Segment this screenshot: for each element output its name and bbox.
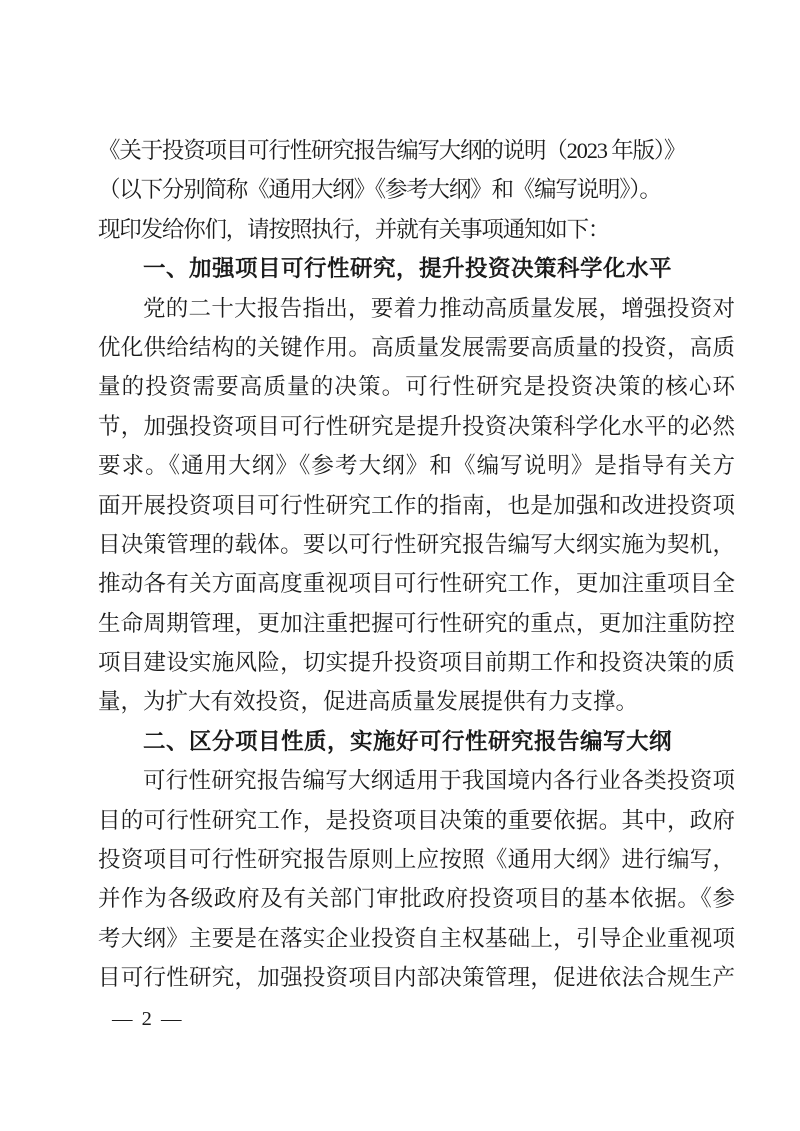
doc-line: 党的二十大报告指出，要着力推动高质量发展，增强投资对 [98, 289, 735, 328]
doc-line: 目的可行性研究工作，是投资项目决策的重要依据。其中，政府 [98, 801, 735, 840]
doc-line: 节，加强投资项目可行性研究是提升投资决策科学化水平的必然 [98, 407, 735, 446]
section-heading-1: 一、加强项目可行性研究，提升投资决策科学化水平 [98, 249, 735, 288]
doc-line: （以下分别简称《通用大纲》《参考大纲》和《编写说明》）。 [98, 170, 735, 209]
doc-line: 可行性研究报告编写大纲适用于我国境内各行业各类投资项 [98, 761, 735, 800]
doc-line: 生命周期管理，更加注重把握可行性研究的重点，更加注重防控 [98, 604, 735, 643]
doc-line: 量的投资需要高质量的决策。可行性研究是投资决策的核心环 [98, 367, 735, 406]
document-text-block: 《关于投资项目可行性研究报告编写大纲的说明（2023 年版）》 （以下分别简称《… [98, 131, 735, 998]
doc-line: 投资项目可行性研究报告原则上应按照《通用大纲》进行编写， [98, 840, 735, 879]
document-page: 《关于投资项目可行性研究报告编写大纲的说明（2023 年版）》 （以下分别简称《… [0, 0, 800, 1131]
page-number: — 2 — [112, 1008, 184, 1031]
section-heading-2: 二、区分项目性质，实施好可行性研究报告编写大纲 [98, 722, 735, 761]
doc-line: 考大纲》主要是在落实企业投资自主权基础上，引导企业重视项 [98, 919, 735, 958]
doc-line: 目可行性研究，加强投资项目内部决策管理，促进依法合规生产 [98, 958, 735, 997]
doc-line: 优化供给结构的关键作用。高质量发展需要高质量的投资，高质 [98, 328, 735, 367]
doc-line: 并作为各级政府及有关部门审批政府投资项目的基本依据。《参 [98, 879, 735, 918]
doc-line: 要求。《通用大纲》《参考大纲》和《编写说明》是指导有关方 [98, 446, 735, 485]
doc-line: 推动各有关方面高度重视项目可行性研究工作，更加注重项目全 [98, 564, 735, 603]
doc-line: 量，为扩大有效投资，促进高质量发展提供有力支撑。 [98, 682, 735, 721]
doc-line: 面开展投资项目可行性研究工作的指南，也是加强和改进投资项 [98, 486, 735, 525]
doc-line: 目决策管理的载体。要以可行性研究报告编写大纲实施为契机， [98, 525, 735, 564]
doc-line: 项目建设实施风险，切实提升投资项目前期工作和投资决策的质 [98, 643, 735, 682]
doc-line: 《关于投资项目可行性研究报告编写大纲的说明（2023 年版）》 [98, 131, 735, 170]
doc-line: 现印发给你们，请按照执行，并就有关事项通知如下： [98, 210, 735, 249]
